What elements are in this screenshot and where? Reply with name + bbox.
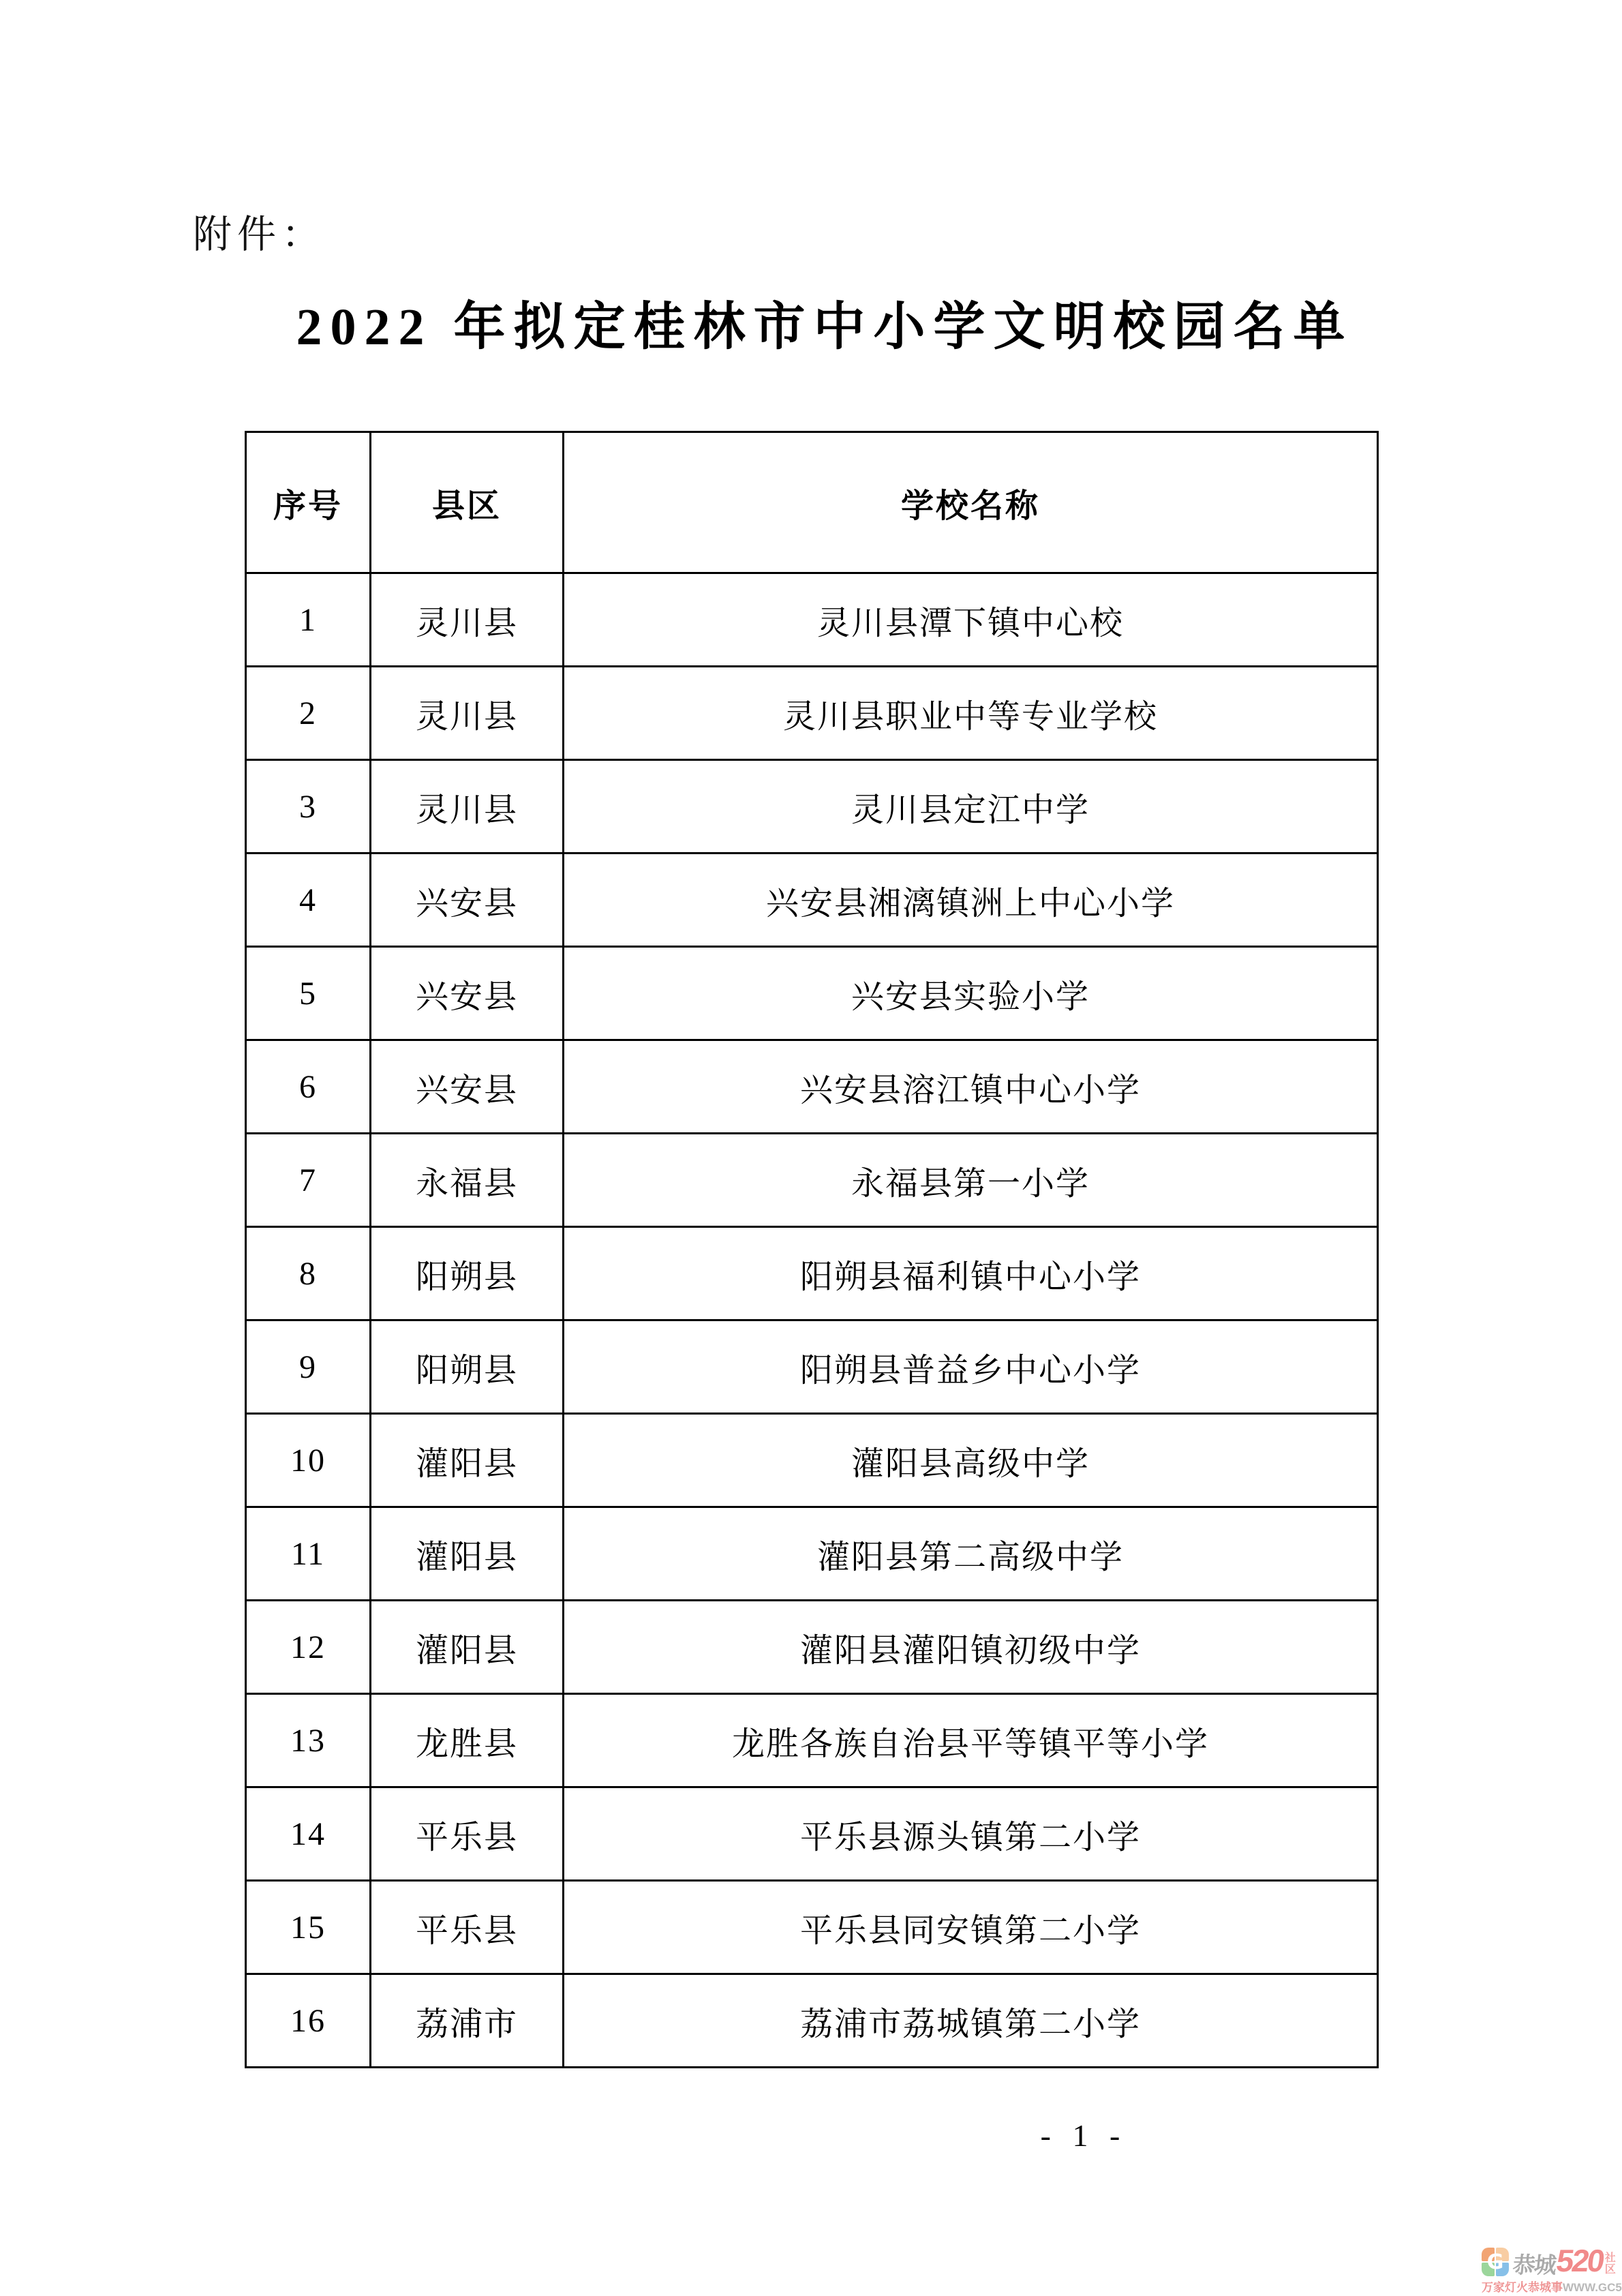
- cell-county: 兴安县: [371, 854, 564, 947]
- cell-school: 灵川县定江中学: [564, 760, 1378, 854]
- cell-school: 灵川县职业中等专业学校: [564, 667, 1378, 760]
- cell-school: 兴安县湘漓镇洲上中心小学: [564, 854, 1378, 947]
- cell-county: 永福县: [371, 1134, 564, 1227]
- table-header-row: 序号 县区 学校名称: [246, 432, 1378, 573]
- cell-school: 兴安县实验小学: [564, 947, 1378, 1040]
- brand-suffix-top: 社: [1605, 2252, 1616, 2265]
- table-row: 3 灵川县 灵川县定江中学: [246, 760, 1378, 854]
- cell-school: 平乐县同安镇第二小学: [564, 1881, 1378, 1974]
- brand-red-text: 520: [1555, 2245, 1605, 2276]
- watermark: G 恭城 520 社 区 万家灯火恭城事WWW.GC520.CN: [1482, 2245, 1618, 2295]
- cell-county: 灌阳县: [371, 1601, 564, 1694]
- cell-county: 灌阳县: [371, 1507, 564, 1601]
- cell-index: 6: [246, 1040, 371, 1134]
- cell-index: 16: [246, 1974, 371, 2068]
- tagline-gray-text: WWW.GC520.CN: [1563, 2281, 1622, 2294]
- cell-index: 4: [246, 854, 371, 947]
- cell-school: 灵川县潭下镇中心校: [564, 573, 1378, 667]
- cell-county: 灵川县: [371, 760, 564, 854]
- cell-school: 灌阳县高级中学: [564, 1414, 1378, 1507]
- cell-county: 平乐县: [371, 1787, 564, 1881]
- cell-index: 11: [246, 1507, 371, 1601]
- cell-school: 阳朔县普益乡中心小学: [564, 1320, 1378, 1414]
- cell-county: 兴安县: [371, 947, 564, 1040]
- table-row: 5 兴安县 兴安县实验小学: [246, 947, 1378, 1040]
- tagline-red-text: 万家灯火恭城事: [1482, 2281, 1563, 2294]
- table-row: 13 龙胜县 龙胜各族自治县平等镇平等小学: [246, 1694, 1378, 1787]
- cell-index: 10: [246, 1414, 371, 1507]
- table-row: 1 灵川县 灵川县潭下镇中心校: [246, 573, 1378, 667]
- table-row: 6 兴安县 兴安县溶江镇中心小学: [246, 1040, 1378, 1134]
- cell-school: 永福县第一小学: [564, 1134, 1378, 1227]
- cell-school: 灌阳县第二高级中学: [564, 1507, 1378, 1601]
- col-header-county: 县区: [371, 432, 564, 573]
- document-page: { "page": { "attachment_label": "附件：", "…: [0, 0, 1622, 2296]
- page-number: - 1 -: [1041, 2117, 1127, 2154]
- col-header-index: 序号: [246, 432, 371, 573]
- cell-county: 阳朔县: [371, 1227, 564, 1320]
- table-row: 7 永福县 永福县第一小学: [246, 1134, 1378, 1227]
- cell-index: 8: [246, 1227, 371, 1320]
- cell-school: 平乐县源头镇第二小学: [564, 1787, 1378, 1881]
- page-title: 2022 年拟定桂林市中小学文明校园名单: [27, 285, 1622, 359]
- table-row: 16 荔浦市 荔浦市荔城镇第二小学: [246, 1974, 1378, 2068]
- cell-county: 灵川县: [371, 667, 564, 760]
- table-row: 9 阳朔县 阳朔县普益乡中心小学: [246, 1320, 1378, 1414]
- cell-school: 灌阳县灌阳镇初级中学: [564, 1601, 1378, 1694]
- cell-index: 9: [246, 1320, 371, 1414]
- cell-county: 平乐县: [371, 1881, 564, 1974]
- cell-index: 12: [246, 1601, 371, 1694]
- col-header-school: 学校名称: [564, 432, 1378, 573]
- attachment-label: 附件：: [193, 203, 326, 259]
- logo-letter: G: [1482, 2248, 1509, 2276]
- table-row: 11 灌阳县 灌阳县第二高级中学: [246, 1507, 1378, 1601]
- cell-school: 龙胜各族自治县平等镇平等小学: [564, 1694, 1378, 1787]
- table-row: 8 阳朔县 阳朔县福利镇中心小学: [246, 1227, 1378, 1320]
- cell-school: 阳朔县福利镇中心小学: [564, 1227, 1378, 1320]
- cell-county: 龙胜县: [371, 1694, 564, 1787]
- cell-school: 荔浦市荔城镇第二小学: [564, 1974, 1378, 2068]
- cell-county: 灵川县: [371, 573, 564, 667]
- cell-index: 2: [246, 667, 371, 760]
- table-row: 14 平乐县 平乐县源头镇第二小学: [246, 1787, 1378, 1881]
- gc520-logo-icon: G: [1482, 2248, 1509, 2276]
- table-row: 4 兴安县 兴安县湘漓镇洲上中心小学: [246, 854, 1378, 947]
- brand-suffix-bottom: 区: [1605, 2264, 1616, 2276]
- table-row: 10 灌阳县 灌阳县高级中学: [246, 1414, 1378, 1507]
- cell-index: 7: [246, 1134, 371, 1227]
- cell-county: 荔浦市: [371, 1974, 564, 2068]
- cell-county: 兴安县: [371, 1040, 564, 1134]
- brand-suffix: 社 区: [1605, 2252, 1616, 2276]
- table-row: 12 灌阳县 灌阳县灌阳镇初级中学: [246, 1601, 1378, 1694]
- cell-index: 1: [246, 573, 371, 667]
- cell-school: 兴安县溶江镇中心小学: [564, 1040, 1378, 1134]
- cell-county: 灌阳县: [371, 1414, 564, 1507]
- watermark-brand-row: G 恭城 520 社 区: [1482, 2245, 1618, 2276]
- cell-index: 14: [246, 1787, 371, 1881]
- brand-gray-text: 恭城: [1512, 2254, 1556, 2276]
- cell-index: 13: [246, 1694, 371, 1787]
- watermark-brand-name: 恭城 520 社 区: [1513, 2245, 1616, 2276]
- schools-table: 序号 县区 学校名称 1 灵川县 灵川县潭下镇中心校 2 灵川县 灵川县职业中等…: [245, 431, 1379, 2068]
- cell-index: 15: [246, 1881, 371, 1974]
- table-row: 2 灵川县 灵川县职业中等专业学校: [246, 667, 1378, 760]
- cell-index: 3: [246, 760, 371, 854]
- table-row: 15 平乐县 平乐县同安镇第二小学: [246, 1881, 1378, 1974]
- watermark-tagline: 万家灯火恭城事WWW.GC520.CN: [1482, 2278, 1618, 2295]
- cell-index: 5: [246, 947, 371, 1040]
- cell-county: 阳朔县: [371, 1320, 564, 1414]
